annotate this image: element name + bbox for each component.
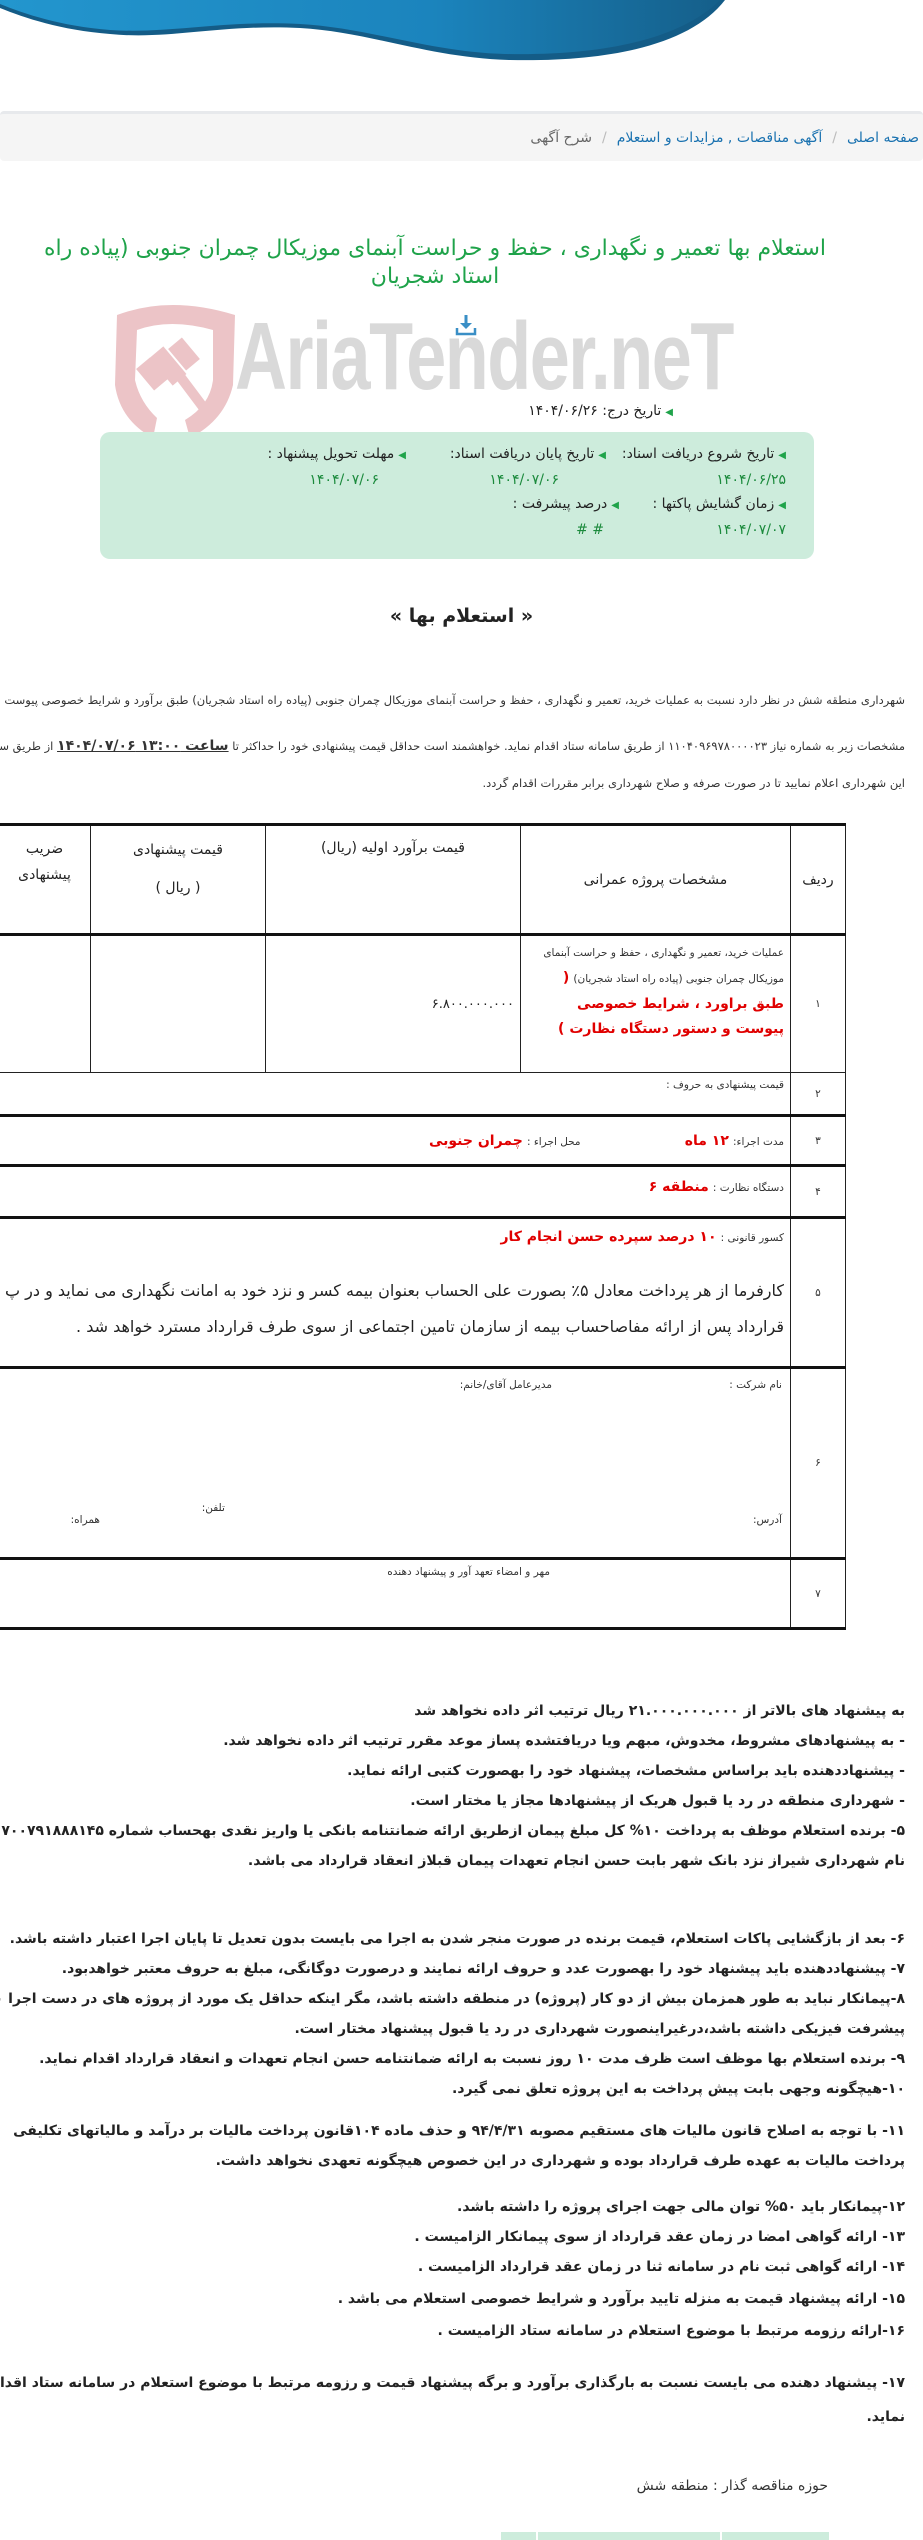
doc-start-value: ۱۴۰۴/۰۶/۲۵ xyxy=(716,472,786,488)
deadline-datetime: ساعت ۱۳:۰۰ ۱۴۰۴/۰۷/۰۶ xyxy=(57,738,229,754)
download-icon xyxy=(455,314,477,336)
intro-line-1: شهرداری منطقه شش در نظر دارد نسبت به عمل… xyxy=(0,693,905,707)
header-project: مشخصات پروژه عمرانی xyxy=(520,825,790,935)
row-number: ۱ xyxy=(790,935,845,1073)
breadcrumb-separator: / xyxy=(832,130,837,146)
row-number: ۷ xyxy=(790,1559,845,1629)
legal-deductions-cell: کسور قانونی : ۱۰ درصد سپرده حسن انجام کا… xyxy=(0,1218,790,1368)
condition-item: نام شهرداری شیراز نزد بانک شهر بابت حسن … xyxy=(0,1853,905,1869)
condition-item: ۱۷- پیشنهاد دهنده می بایست نسبت به بارگذ… xyxy=(0,2375,905,2391)
header-estimate: قیمت برآورد اولیه (ریال) xyxy=(265,825,520,935)
progress-label: ◀درصد پیشرفت : xyxy=(513,496,619,512)
shield-gavel-icon xyxy=(95,290,245,440)
condition-item: پرداخت مالیات به عهده طرف قرارداد بوده و… xyxy=(0,2153,905,2169)
condition-item: ۸-پیمانکار نباید به طور همزمان بیش از دو… xyxy=(0,1991,905,2007)
location-value: چمران جنوبی xyxy=(429,1133,523,1149)
address-label: آدرس: xyxy=(753,1514,782,1526)
condition-item: به پیشنهاد های بالاتر از ۲۱.۰۰۰.۰۰۰.۰۰۰ … xyxy=(0,1703,905,1719)
row-number: ۵ xyxy=(790,1218,845,1368)
estimate-value: ۶.۸۰۰.۰۰۰.۰۰۰ xyxy=(265,935,520,1073)
tender-scope: حوزه مناقصه گذار : منطقه شش xyxy=(637,2478,828,2494)
row-number: ۴ xyxy=(790,1166,845,1218)
condition-item: ۱۰-هیچگونه وجهی بابت پیش پرداخت به این پ… xyxy=(0,2081,905,2097)
bottom-info-table xyxy=(501,2532,829,2540)
watermark-text: AriaTender.neT xyxy=(235,302,733,412)
mobile-label: همراه: xyxy=(71,1514,100,1526)
triangle-bullet-icon: ◀ xyxy=(665,407,673,418)
header-row-number: ردیف xyxy=(790,825,845,935)
offer-deadline-label: ◀مهلت تحویل پیشنهاد : xyxy=(267,446,406,462)
condition-item: ۵- برنده استعلام موظف به پرداخت ۱۰% کل م… xyxy=(0,1823,905,1839)
condition-item: پیشرفت فیزیکی داشته باشد،درغیراینصورت شه… xyxy=(0,2021,905,2037)
breadcrumb-separator: / xyxy=(602,130,607,146)
duration-value: ۱۲ ماه xyxy=(685,1133,729,1149)
row-number: ۳ xyxy=(790,1116,845,1166)
breadcrumb-tenders-link[interactable]: آگهی مناقصات , مزایدات و استعلام xyxy=(617,130,822,146)
condition-item: ۱۱- با توجه به اصلاح قانون مالیات های مس… xyxy=(0,2123,905,2139)
progress-value: # # xyxy=(576,522,604,538)
condition-item: نماید. xyxy=(0,2409,905,2425)
condition-item: ۱۴- ارائه گواهی ثبت نام در سامانه ثنا در… xyxy=(0,2259,905,2275)
condition-item: ۱۶-ارائه رزومه مرتبط با موضوع استعلام در… xyxy=(0,2323,905,2339)
company-name-label: نام شرکت : xyxy=(729,1379,782,1391)
offer-in-words-label: قیمت پیشنهادی به حروف : xyxy=(0,1073,790,1116)
supervision-cell: دستگاه نظارت : منطقه ۶ xyxy=(0,1166,790,1218)
breadcrumb-home-link[interactable]: صفحه اصلی xyxy=(847,130,919,146)
triangle-bullet-icon: ◀ xyxy=(598,450,606,461)
triangle-bullet-icon: ◀ xyxy=(611,500,619,511)
breadcrumb-current: شرح آگهی xyxy=(530,130,592,146)
condition-item: ۷- پیشنهاددهنده باید پیشنهاد خود را بهصو… xyxy=(0,1961,905,1977)
insert-date-label: تاریخ درج: xyxy=(602,403,661,419)
header-wave-banner xyxy=(0,0,923,70)
table-row: ۶ نام شرکت : مدیرعامل آقای/خانم: آدرس: ت… xyxy=(0,1368,846,1559)
header-coefficient: ضریب پیشنهادی xyxy=(0,825,90,935)
bottom-table-cell xyxy=(722,2532,829,2540)
table-row: ۳ مدت اجراء: ۱۲ ماه محل اجراء : چمران جن… xyxy=(0,1116,846,1166)
condition-item: - شهرداری منطقه در رد یا قبول هریک از پی… xyxy=(0,1793,905,1809)
table-row: ۵ کسور قانونی : ۱۰ درصد سپرده حسن انجام … xyxy=(0,1218,846,1368)
row-number: ۶ xyxy=(790,1368,845,1559)
doc-end-label: ◀تاریخ پایان دریافت اسناد: xyxy=(450,446,606,462)
intro-line-3: این شهرداری اعلام نمایید تا در صورت صرفه… xyxy=(0,776,905,790)
condition-item: ۱۵- ارائه پیشنهاد قیمت به منزله تایید بر… xyxy=(0,2291,905,2307)
table-row: ۷ مهر و امضاء تعهد آور و پیشنهاد دهنده xyxy=(0,1559,846,1629)
page-title: استعلام بها تعمیر و نگهداری ، حفظ و حراس… xyxy=(40,235,830,291)
offer-price-cell[interactable] xyxy=(90,935,265,1073)
phone-label: تلفن: xyxy=(202,1502,225,1514)
condition-item: ۶- بعد از بازگشایی پاکات استعلام، قیمت ب… xyxy=(0,1931,905,1947)
signature-label: مهر و امضاء تعهد آور و پیشنهاد دهنده xyxy=(0,1559,790,1629)
doc-end-value: ۱۴۰۴/۰۷/۰۶ xyxy=(489,472,559,488)
intro-line-2: مشخصات زیر به شماره نیاز ۱۱۰۴۰۹۶۹۷۸۰۰۰۰۲… xyxy=(0,738,905,754)
row-number: ۲ xyxy=(790,1073,845,1116)
condition-item: - به پیشنهادهای مشروط، مخدوش، مبهم ویا د… xyxy=(0,1733,905,1749)
table-row: ۲ قیمت پیشنهادی به حروف : xyxy=(0,1073,846,1116)
tender-form-table: ردیف مشخصات پروژه عمرانی قیمت برآورد اول… xyxy=(0,823,846,1630)
header-offer-price: قیمت پیشنهادی ( ریال ) xyxy=(90,825,265,935)
triangle-bullet-icon: ◀ xyxy=(398,450,406,461)
opening-value: ۱۴۰۴/۰۷/۰۷ xyxy=(716,522,786,538)
coefficient-cell[interactable] xyxy=(0,935,90,1073)
table-bottom-border xyxy=(0,1629,846,1631)
triangle-bullet-icon: ◀ xyxy=(778,450,786,461)
breadcrumb: صفحه اصلی / آگهی مناقصات , مزایدات و است… xyxy=(0,111,923,161)
condition-item: ۱۲-پیمانکار باید ۵۰% توان مالی جهت اجرای… xyxy=(0,2199,905,2215)
duration-location-cell: مدت اجراء: ۱۲ ماه محل اجراء : چمران جنوب… xyxy=(0,1116,790,1166)
bidder-info-cell: نام شرکت : مدیرعامل آقای/خانم: آدرس: تلف… xyxy=(0,1368,790,1559)
doc-start-label: ◀تاریخ شروع دریافت اسناد: xyxy=(622,446,786,462)
condition-item: - پیشنهاددهنده باید براساس مشخصات، پیشنه… xyxy=(0,1763,905,1779)
insert-date: ◀تاریخ درج: ۱۴۰۴/۰۶/۲۶ xyxy=(528,403,673,419)
ceo-label: مدیرعامل آقای/خانم: xyxy=(460,1379,552,1391)
insert-date-value: ۱۴۰۴/۰۶/۲۶ xyxy=(528,403,598,419)
supervision-value: منطقه ۶ xyxy=(649,1179,709,1195)
condition-item: ۱۳- ارائه گواهی امضا در زمان عقد قرارداد… xyxy=(0,2229,905,2245)
opening-label: ◀زمان گشایش پاکتها : xyxy=(652,496,786,512)
tender-dates-box: ◀تاریخ شروع دریافت اسناد: ۱۴۰۴/۰۶/۲۵ ◀تا… xyxy=(100,432,814,559)
table-row: ۴ دستگاه نظارت : منطقه ۶ xyxy=(0,1166,846,1218)
section-heading: « استعلام بها » xyxy=(0,605,923,627)
download-button[interactable] xyxy=(455,314,477,336)
deduction-value: ۱۰ درصد سپرده حسن انجام کار xyxy=(500,1229,716,1245)
offer-deadline-value: ۱۴۰۴/۰۷/۰۶ xyxy=(309,472,379,488)
bottom-table-cell xyxy=(501,2532,536,2540)
table-row: ۱ عملیات خرید، تعمیر و نگهداری ، حفظ و ح… xyxy=(0,935,846,1073)
project-description: عملیات خرید، تعمیر و نگهداری ، حفظ و حرا… xyxy=(520,935,790,1073)
table-header-row: ردیف مشخصات پروژه عمرانی قیمت برآورد اول… xyxy=(0,825,846,935)
triangle-bullet-icon: ◀ xyxy=(778,500,786,511)
bottom-table-cell xyxy=(538,2532,720,2540)
condition-item: ۹- برنده استعلام بها موظف است ظرف مدت ۱۰… xyxy=(0,2051,905,2067)
